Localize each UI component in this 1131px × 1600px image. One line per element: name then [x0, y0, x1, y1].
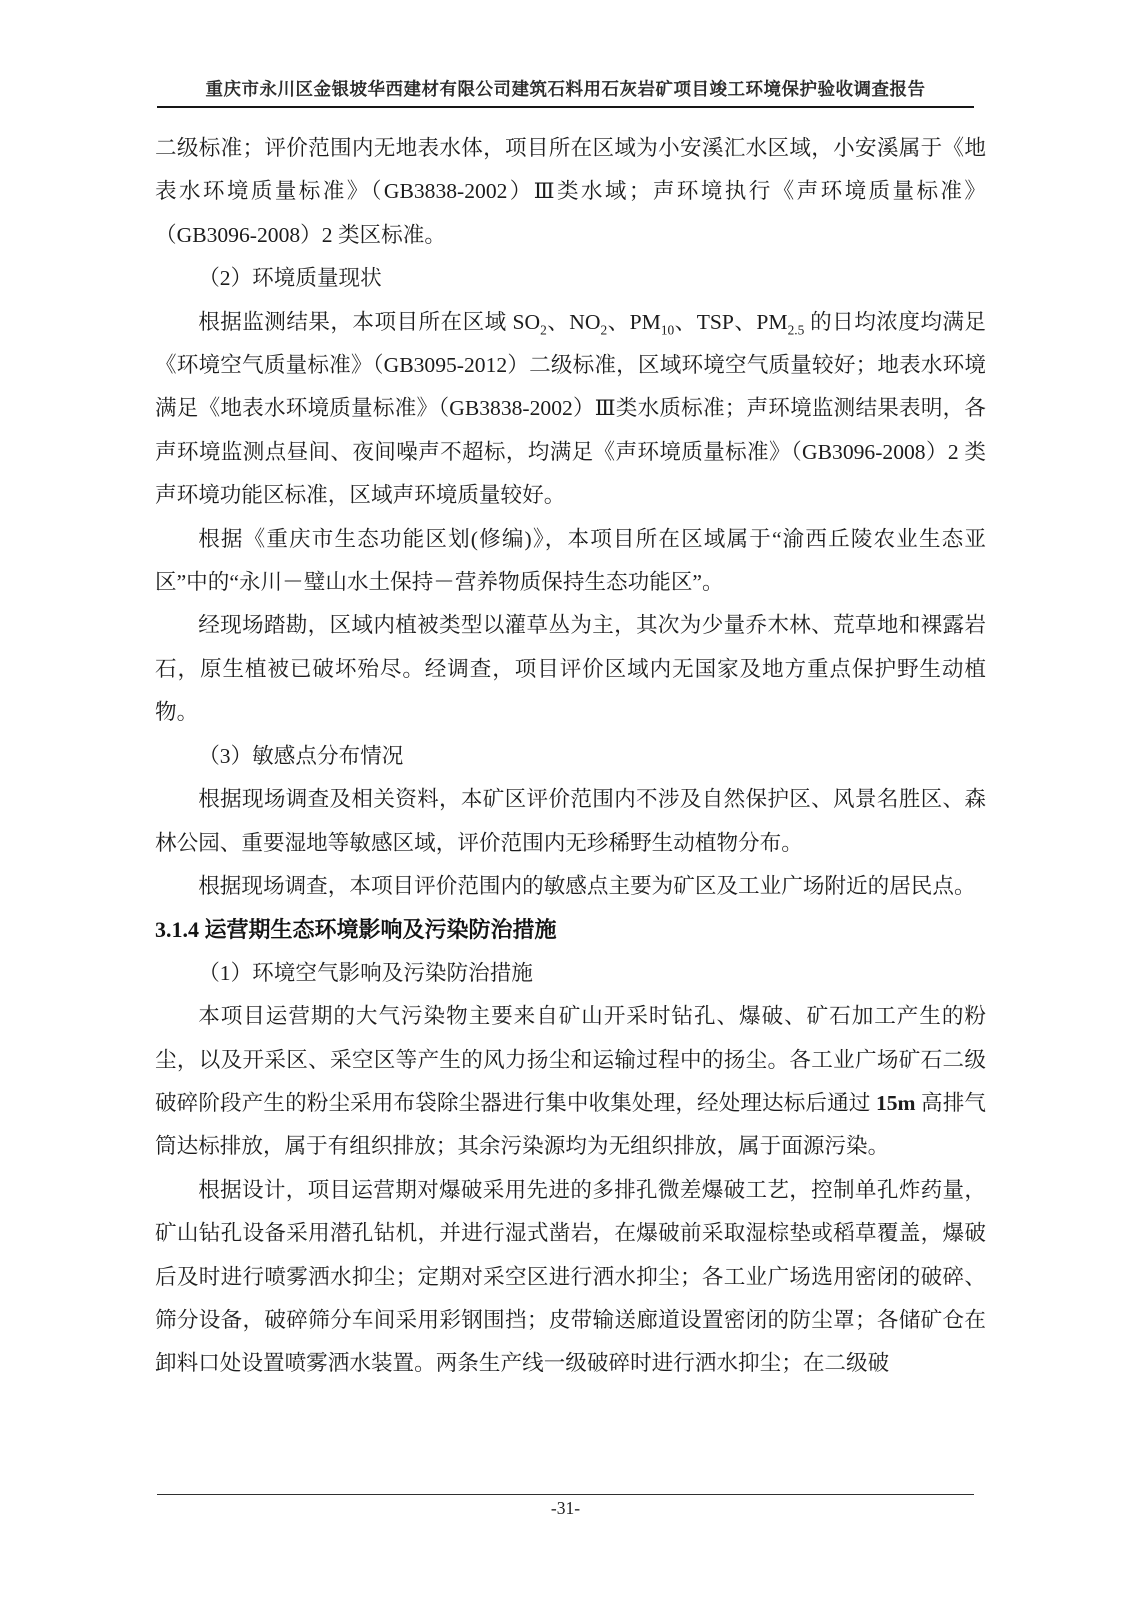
- paragraph-monitoring-results: 根据监测结果，本项目所在区域 SO2、NO2、PM10、TSP、PM2.5 的日…: [155, 301, 986, 518]
- section-heading-3-1-4: 3.1.4 运营期生态环境影响及污染防治措施: [155, 908, 986, 951]
- header-divider: [157, 106, 974, 108]
- paragraph-dust-sources: 本项目运营期的大气污染物主要来自矿山开采时钻孔、爆破、矿石加工产生的粉尘，以及开…: [155, 995, 986, 1169]
- paragraph-env-quality-label: （2）环境质量现状: [155, 257, 986, 300]
- paragraph-eco-function-zoning: 根据《重庆市生态功能区划(修编)》，本项目所在区域属于“渝西丘陵农业生态亚区”中…: [155, 518, 986, 605]
- paragraph-standards-continuation: 二级标准；评价范围内无地表水体，项目所在区域为小安溪汇水区域，小安溪属于《地表水…: [155, 127, 986, 257]
- document-page: 重庆市永川区金银坡华西建材有限公司建筑石料用石灰岩矿项目竣工环境保护验收调查报告…: [0, 0, 1131, 1600]
- paragraph-sensitive-areas: 根据现场调查及相关资料，本矿区评价范围内不涉及自然保护区、风景名胜区、森林公园、…: [155, 778, 986, 865]
- document-header-title: 重庆市永川区金银坡华西建材有限公司建筑石料用石灰岩矿项目竣工环境保护验收调查报告: [0, 76, 1131, 101]
- page-number: -31-: [0, 1498, 1131, 1519]
- paragraph-vegetation-survey: 经现场踏勘，区域内植被类型以灌草丛为主，其次为少量乔木林、荒草地和裸露岩石，原生…: [155, 604, 986, 734]
- document-body: 二级标准；评价范围内无地表水体，项目所在区域为小安溪汇水区域，小安溪属于《地表水…: [155, 127, 986, 1386]
- footer-divider: [157, 1494, 974, 1495]
- paragraph-sensitive-points-label: （3）敏感点分布情况: [155, 735, 986, 778]
- paragraph-blasting-measures: 根据设计，项目运营期对爆破采用先进的多排孔微差爆破工艺，控制单孔炸药量，矿山钻孔…: [155, 1169, 986, 1386]
- paragraph-air-measures-label: （1）环境空气影响及污染防治措施: [155, 952, 986, 995]
- paragraph-sensitive-residents: 根据现场调查，本项目评价范围内的敏感点主要为矿区及工业广场附近的居民点。: [155, 865, 986, 908]
